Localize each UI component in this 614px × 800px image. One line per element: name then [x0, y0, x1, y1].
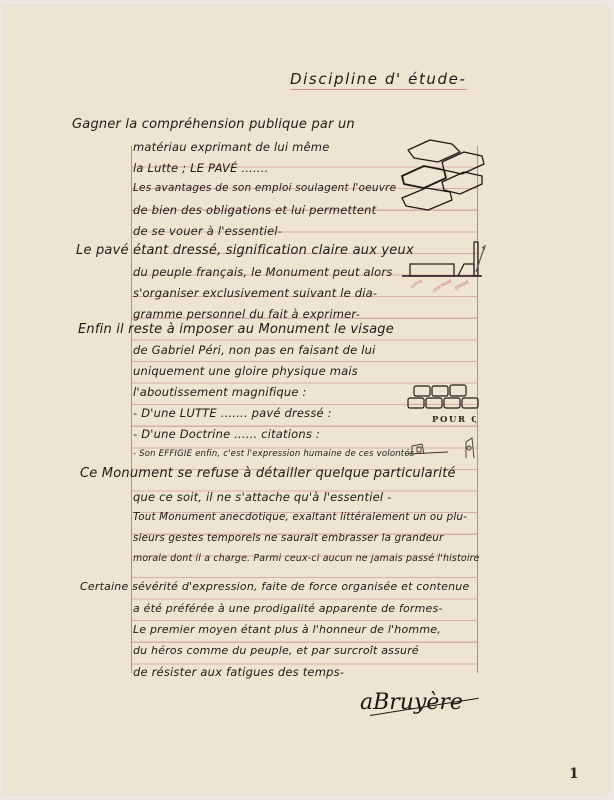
paragraph-3-line-3: uniquement une gloire physique mais — [133, 364, 358, 378]
paragraph-1-line-4: Les avantages de son emploi soulagent l'… — [133, 182, 396, 194]
effigy-sketch-icon — [408, 432, 478, 462]
paragraph-1-line-6: de se vouer à l'essentiel- — [133, 224, 282, 238]
paragraph-2-line-1: Le pavé étant dressé, signification clai… — [76, 243, 414, 258]
paragraph-4-line-4: sieurs gestes temporels ne saurait embra… — [133, 532, 443, 544]
paragraph-3-line-5: - D'une LUTTE ....... pavé dressé : — [133, 406, 332, 420]
paragraph-3-line-7: - Son EFFIGIE enfin, c'est l'expression … — [133, 449, 414, 459]
paragraph-5-line-2: a été préférée à une prodigalité apparen… — [133, 602, 443, 615]
inscription-sketch: POUR QUE V — [432, 415, 476, 425]
paragraph-4-line-2: que ce soit, il ne s'attache qu'à l'esse… — [133, 490, 392, 504]
paragraph-4-line-1: Ce Monument se refuse à détailler quelqu… — [80, 466, 456, 481]
paragraph-3-line-4: l'aboutissement magnifique : — [133, 385, 307, 399]
paragraph-1-line-5: de bien des obligations et lui permetten… — [133, 203, 376, 217]
paragraph-2-line-2: du peuple français, le Monument peut alo… — [133, 265, 393, 279]
svg-text:DOCTRINE: DOCTRINE — [432, 278, 453, 292]
svg-text:LUTTE: LUTTE — [410, 278, 424, 289]
paragraph-5-line-1: Certaine sévérité d'expression, faite de… — [80, 580, 469, 593]
page-number: 1 — [569, 766, 579, 782]
paragraph-1-line-1: Gagner la compréhension publique par un — [72, 117, 355, 132]
monument-elevation-sketch-icon: LUTTE DOCTRINE EFFIGIE — [398, 234, 488, 292]
paragraph-3-line-2: de Gabriel Péri, non pas en faisant de l… — [133, 343, 376, 357]
paragraph-2-line-4: gramme personnel du fait à exprimer- — [133, 307, 360, 321]
paragraph-4-line-3: Tout Monument anecdotique, exaltant litt… — [133, 511, 467, 523]
paragraph-3-line-6: - D'une Doctrine ...... citations : — [133, 427, 320, 441]
paragraph-4-line-5: morale dont il a charge. Parmi ceux-ci a… — [133, 553, 480, 564]
paragraph-2-line-3: s'organiser exclusivement suivant le dia… — [133, 286, 377, 300]
paragraph-5-line-5: de résister aux fatigues des temps- — [133, 665, 344, 679]
paragraph-5-line-3: Le premier moyen étant plus à l'honneur … — [133, 623, 441, 636]
svg-text:EFFIGIE: EFFIGIE — [454, 279, 470, 291]
stacked-paves-wall-sketch-icon — [404, 384, 480, 412]
paragraph-3-line-1: Enfin il reste à imposer au Monument le … — [78, 322, 394, 337]
paragraph-5-line-4: du héros comme du peuple, et par surcroî… — [133, 644, 419, 657]
paving-stones-sketch-icon — [400, 138, 485, 213]
page-title: Discipline d' étude- — [290, 70, 467, 90]
paragraph-1-line-3: la Lutte ; LE PAVÉ ....... — [133, 161, 268, 175]
paragraph-1-line-2: matériau exprimant de lui même — [133, 140, 329, 154]
